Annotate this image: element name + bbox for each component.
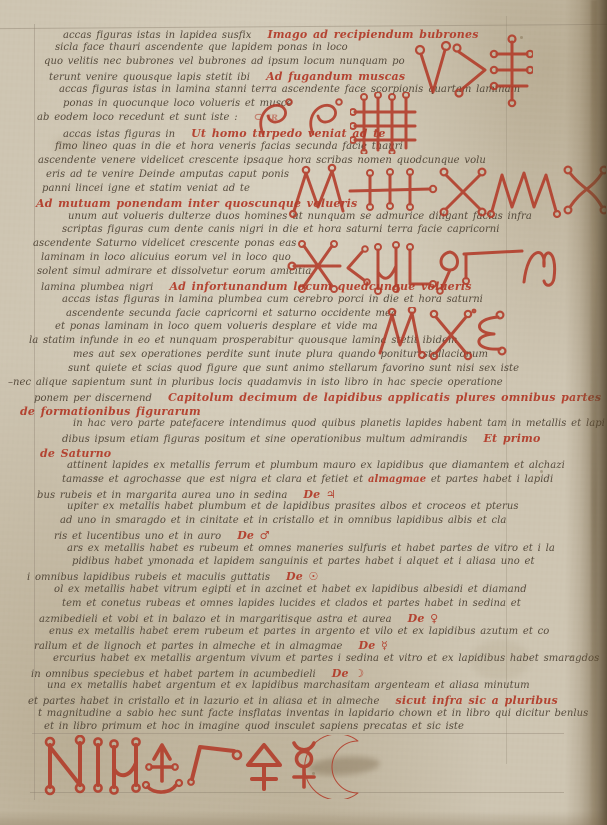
body-text: pidibus habet ymonada et lapidem sanguin… <box>72 556 535 567</box>
rubric-text: ♀ <box>430 612 438 625</box>
rubric-text: ☽ <box>354 667 364 680</box>
manuscript-line: in hac vero parte patefacere intendimus … <box>73 418 605 429</box>
inimicitia-talisman-sigils <box>286 238 558 298</box>
body-text: et partes habet in cristallo et in lazur… <box>28 696 379 707</box>
manuscript-line: una ex metallis habet argentum et ex lap… <box>47 680 530 691</box>
body-text: ascendente Saturno videlicet crescente p… <box>33 238 296 249</box>
manuscript-line: upiter ex metallis habet plumbum et de l… <box>67 501 519 512</box>
body-text: enus ex metallis habet erem rubeum et pa… <box>49 626 549 637</box>
manuscript-line: ad uno in smaragdo et in cinitate et in … <box>60 515 506 526</box>
page-edge-streak <box>591 0 597 825</box>
bubones-talisman-sigils <box>413 32 533 112</box>
manuscript-line: scriptas figuras cum dente canis nigri i… <box>62 224 500 235</box>
body-text: attinent lapides ex metallis ferrum et p… <box>67 460 565 471</box>
body-text: et ponas laminam in loco quem volueris d… <box>55 321 378 332</box>
manuscript-line: i omnibus lapidibus rubeis et maculis gu… <box>27 570 319 583</box>
manuscript-line: ercurius habet ex metallis argentum vivu… <box>53 653 599 664</box>
rubric-text: almagmae <box>368 474 426 485</box>
body-text: i omnibus lapidibus rubeis et maculis gu… <box>27 572 270 583</box>
manuscript-line: rallum et de lignoch et partes in almech… <box>34 639 388 652</box>
sigil-angle-bar <box>188 747 241 785</box>
sigil-i <box>94 738 101 791</box>
rubric-text: de Saturno <box>40 447 111 460</box>
body-text: sicla face thauri ascendente que lapidem… <box>55 42 348 53</box>
manuscript-line: sicla face thauri ascendente que lapidem… <box>55 42 348 53</box>
rubric-text: Capitolum decimum de lapidibus applicati… <box>168 391 607 404</box>
manuscript-line: terunt venire quousque lapis stetit ibiA… <box>49 70 405 83</box>
body-text: rallum et de lignoch et partes in almech… <box>34 641 342 652</box>
sigil-nine-loop <box>437 252 457 294</box>
sigil-angle-bracket <box>348 246 370 285</box>
manuscript-line: tamasse et agrochasse que est nigra et c… <box>62 474 553 485</box>
sigil-double-m <box>488 173 560 217</box>
sigil-lattice-grid <box>350 92 415 154</box>
manuscript-line: et partes habet in cristallo et in lazur… <box>28 694 558 707</box>
manuscript-line: ponem per discernendCapitolum decimum de… <box>34 391 607 404</box>
manuscript-line: tem et conetus rubeas et omnes lapides l… <box>62 598 521 609</box>
body-text: t magnitudine a sabio hec sunt facte ins… <box>38 708 588 719</box>
body-text: tem et conetus rubeas et omnes lapides l… <box>62 598 521 609</box>
manuscript-line: eris ad te venire Deinde amputas caput p… <box>46 169 289 180</box>
body-text: accas istas figuras in <box>63 129 175 140</box>
body-text: ris et lucentibus uno et in auro <box>54 531 221 542</box>
turpedo-talisman-sigils <box>288 163 606 219</box>
sigil-x <box>441 169 486 216</box>
body-text: ponem per discernend <box>34 393 152 404</box>
manuscript-line: ab eodem loco recedunt et sunt iste :⊂ ı… <box>37 112 278 123</box>
manuscript-line: attinent lapides ex metallis ferrum et p… <box>67 460 565 471</box>
body-text: eris ad te venire Deinde amputas caput p… <box>46 169 289 180</box>
rubric-text: de formationibus figurarum <box>20 405 201 418</box>
body-text: et in libro primum et hoc in imagine quo… <box>44 721 464 732</box>
rubric-text: De <box>408 612 430 625</box>
sigil-epsilon <box>479 312 506 355</box>
manuscript-line: in omnibus speciebus et habet partem in … <box>31 667 364 680</box>
manuscript-line: ars ex metallis habet es rubeum et omnes… <box>67 543 555 554</box>
sigil-omega <box>524 253 555 286</box>
sigil-l <box>407 244 436 287</box>
body-text: upiter ex metallis habet plumbum et de l… <box>67 501 519 512</box>
sigil-bar-tick <box>463 251 522 284</box>
manuscript-line: –nec alique sapientum sunt in pluribus l… <box>8 377 503 388</box>
manuscript-line: azmibedieli et vobi et in balazo et in m… <box>39 612 438 625</box>
planet-sigil-row <box>40 735 375 799</box>
manuscript-line: de formationibus figurarum <box>20 405 201 418</box>
body-text: terunt venire quousque lapis stetit ibi <box>49 72 250 83</box>
rubric-text: De <box>358 639 380 652</box>
body-text: ab eodem loco recedunt et sunt iste : <box>37 112 238 123</box>
infortunium-talisman-sigils <box>372 307 507 362</box>
page-edge-shadow <box>565 0 607 825</box>
body-text: bus rubeis et in margarita aurea uno in … <box>37 490 287 501</box>
body-text: dibus ipsum etiam figuras positum et sin… <box>62 434 467 445</box>
body-text: ascendente secunda facie capricorni et s… <box>66 308 397 319</box>
sigil-chevron <box>454 45 486 97</box>
rubric-text: De <box>332 667 354 680</box>
body-text: in omnibus speciebus et habet partem in … <box>31 669 316 680</box>
sigil-m <box>380 307 425 358</box>
page-bottom-shadow <box>0 811 607 825</box>
sigil-triangle-cross <box>248 745 280 789</box>
sigil-n <box>46 736 84 794</box>
body-text: tamasse et agrochasse que est nigra et c… <box>62 474 368 485</box>
manuscript-line: ol ex metallis habet vitrum egipti et in… <box>54 584 527 595</box>
sigil-v-stroke <box>416 42 450 92</box>
body-text: accas figuras istas in lapidea susfix <box>63 30 251 41</box>
sigil-mercury <box>294 743 314 787</box>
sigil-h <box>110 738 139 793</box>
sigil-arrow-crossbar <box>143 745 182 792</box>
body-text: laminam in loco alicuius eorum vel in lo… <box>41 252 291 263</box>
manuscript-line: quo velitis nec bubrones vel bubrones ad… <box>44 56 405 67</box>
rubric-text: Ad fugandum muscas <box>266 70 405 83</box>
manuscript-page: accas figuras istas in lapidea susfixIma… <box>0 0 607 825</box>
sigil-barred-line <box>350 169 436 210</box>
sigil-zhe <box>289 241 340 292</box>
body-text: sunt quiete et scias quod figure que sun… <box>68 363 519 374</box>
body-text: lamina plumbea nigri <box>41 282 153 293</box>
rubric-text: De <box>286 570 308 583</box>
muscas-talisman-lattice <box>350 92 418 154</box>
manuscript-line: solent simul admirare et dissolvetur eor… <box>37 266 311 277</box>
rubric-text: De <box>303 488 325 501</box>
sigil-barred-comb <box>491 36 533 107</box>
body-text: quo velitis nec bubrones vel bubrones ad… <box>44 56 405 67</box>
body-text: ercurius habet ex metallis argentum vivu… <box>53 653 599 664</box>
rubric-text: De <box>237 529 259 542</box>
body-text: –nec alique sapientum sunt in pluribus l… <box>8 377 503 388</box>
manuscript-line: laminam in loco alicuius eorum vel in lo… <box>41 252 291 263</box>
sigil-h <box>375 242 399 294</box>
manuscript-line: t magnitudine a sabio hec sunt facte ins… <box>38 708 588 719</box>
rubric-text: ♂ <box>260 529 270 542</box>
body-text: scriptas figuras cum dente canis nigri i… <box>62 224 500 235</box>
manuscript-line: ascendente secunda facie capricorni et s… <box>66 308 397 319</box>
body-text: ad uno in smaragdo et in cinitate et in … <box>60 515 506 526</box>
rubric-text: ♃ <box>326 488 336 501</box>
manuscript-line: et ponas laminam in loco quem volueris d… <box>55 321 378 332</box>
body-text: azmibedieli et vobi et in balazo et in m… <box>39 614 392 625</box>
manuscript-line: et in libro primum et hoc in imagine quo… <box>44 721 464 732</box>
manuscript-line: ris et lucentibus uno et in auroDe ♂ <box>54 529 270 542</box>
sigil-w <box>290 165 343 217</box>
body-text: solent simul admirare et dissolvetur eor… <box>37 266 311 277</box>
muscas-talisman-curls <box>255 94 350 140</box>
rubric-text: ☉ <box>309 570 319 583</box>
manuscript-line: enus ex metallis habet erem rubeum et pa… <box>49 626 549 637</box>
manuscript-line: de Saturno <box>40 447 111 460</box>
body-text: in hac vero parte patefacere intendimus … <box>73 418 605 429</box>
manuscript-line: ascendente Saturno videlicet crescente p… <box>33 238 296 249</box>
body-text: ars ex metallis habet es rubeum et omnes… <box>67 543 555 554</box>
rubric-text: Et primo <box>483 432 540 445</box>
rubric-text: ☿ <box>381 639 388 652</box>
manuscript-line: panni lincei igne et statim veniat ad te <box>42 183 250 194</box>
manuscript-line: bus rubeis et in margarita aurea uno in … <box>37 488 336 501</box>
body-text: panni lincei igne et statim veniat ad te <box>42 183 250 194</box>
body-text: et partes habet i lapidi <box>426 474 553 485</box>
sigil-curl <box>261 99 292 134</box>
sigil-x <box>431 310 476 360</box>
manuscript-line: dibus ipsum etiam figuras positum et sin… <box>62 432 541 445</box>
body-text: ol ex metallis habet vitrum egipti et in… <box>54 584 527 595</box>
manuscript-line: pidibus habet ymonada et lapidem sanguin… <box>72 556 535 567</box>
sigil-curl <box>311 99 342 134</box>
manuscript-line: sunt quiete et scias quod figure que sun… <box>68 363 519 374</box>
body-text: una ex metallis habet argentum et ex lap… <box>47 680 530 691</box>
rubric-text: sicut infra sic a pluribus <box>395 694 557 707</box>
